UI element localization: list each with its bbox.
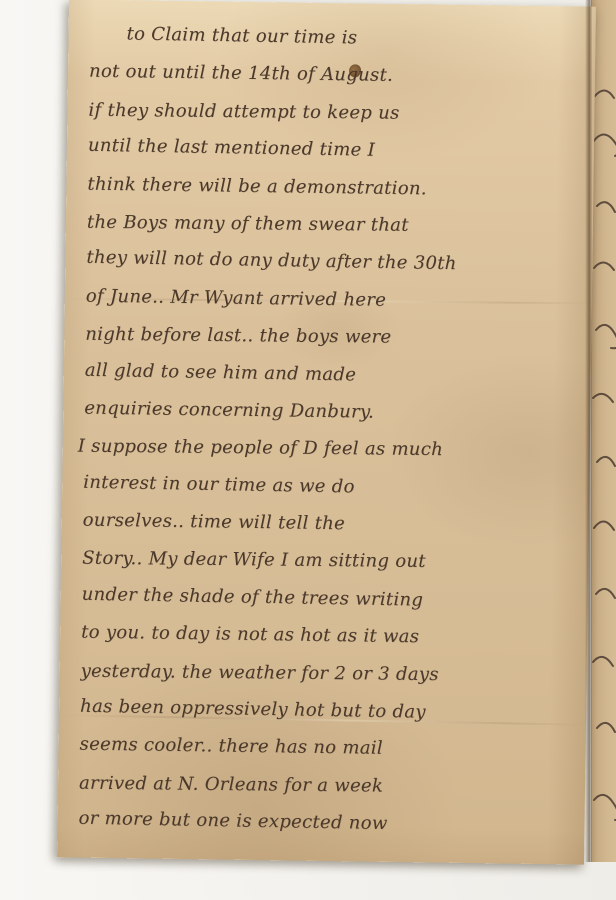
letter-text: to Claim that our time is not out until … xyxy=(57,0,596,845)
letter-line: not out until the 14th of August. xyxy=(89,53,585,97)
adjacent-page-writing-fragments xyxy=(591,0,616,862)
letter-line: or more but one is expected now xyxy=(78,800,575,846)
letter-line: of June.. Mr Wyant arrived here xyxy=(86,277,582,321)
letter-line: think there will be a demonstration. xyxy=(87,165,583,209)
letter-page: to Claim that our time is not out until … xyxy=(57,0,596,865)
letter-line: Story.. My dear Wife I am sitting out xyxy=(82,540,578,582)
letter-line: night before last.. the boys were xyxy=(85,316,581,358)
page-fold-shadow xyxy=(585,0,592,862)
adjacent-page-edge xyxy=(591,0,616,862)
letter-line: seems cooler.. there has no mail xyxy=(79,726,575,770)
letter-line: I suppose the people of D feel as much xyxy=(78,428,580,470)
scanned-letter-image: to Claim that our time is not out until … xyxy=(0,0,616,900)
letter-line: all glad to see him and made xyxy=(85,351,582,397)
